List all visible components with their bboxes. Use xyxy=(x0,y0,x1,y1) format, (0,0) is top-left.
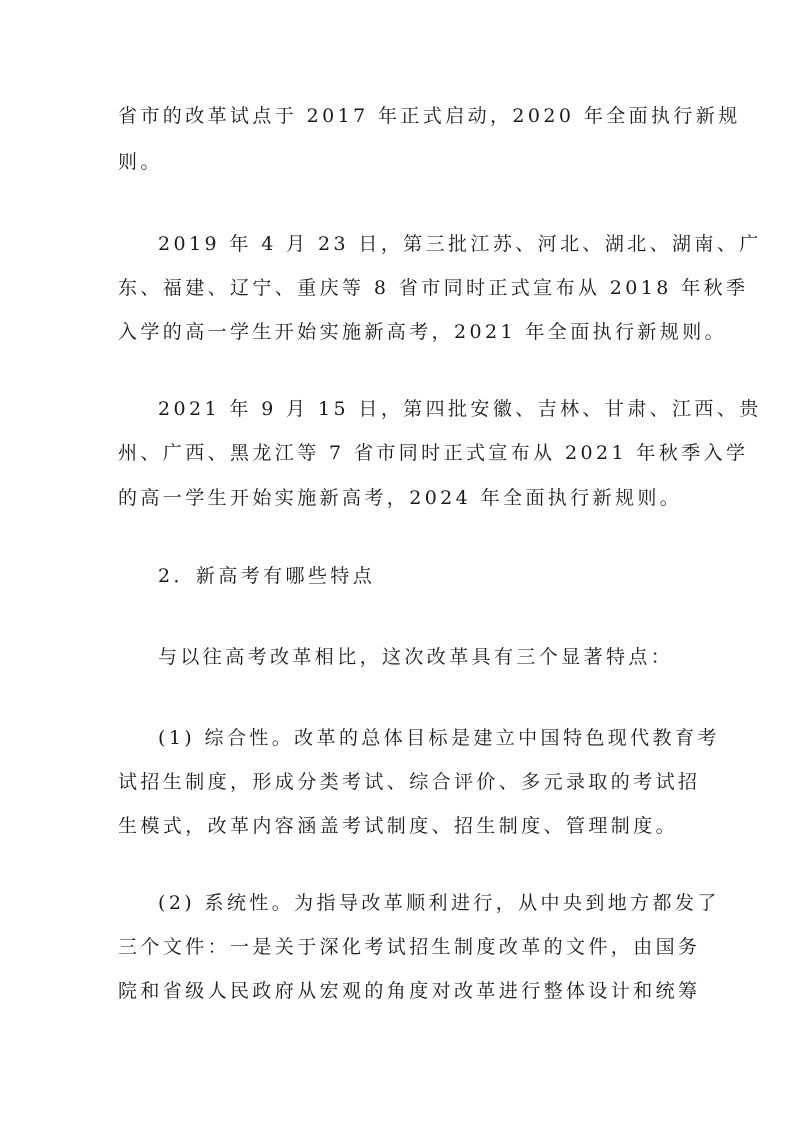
paragraph-5-line-2: 试招生制度，形成分类考试、综合评价、多元录取的考试招 xyxy=(118,770,678,794)
paragraph-4-line-1: 与以往高考改革相比，这次改革具有三个显著特点： xyxy=(158,645,678,669)
paragraph-2-line-2: 东、福建、辽宁、重庆等 8 省市同时正式宣布从 2018 年秋季 xyxy=(118,276,678,300)
document-page: 省市的改革试点于 2017 年正式启动，2020 年全面执行新规 则。 2019… xyxy=(0,0,793,1122)
paragraph-6-line-1: (2) 系统性。为指导改革顺利进行，从中央到地方都发了 xyxy=(158,891,678,915)
paragraph-3-line-3: 的高一学生开始实施新高考，2024 年全面执行新规则。 xyxy=(118,486,678,510)
paragraph-6-line-2: 三个文件：一是关于深化考试招生制度改革的文件，由国务 xyxy=(118,935,678,959)
paragraph-6-line-3: 院和省级人民政府从宏观的角度对改革进行整体设计和统筹 xyxy=(118,979,678,1003)
paragraph-5-line-3: 生模式，改革内容涵盖考试制度、招生制度、管理制度。 xyxy=(118,814,678,838)
paragraph-3-line-1: 2021 年 9 月 15 日，第四批安徽、吉林、甘肃、江西、贵 xyxy=(158,397,678,421)
paragraph-1-line-2: 则。 xyxy=(118,150,678,174)
paragraph-2-line-1: 2019 年 4 月 23 日，第三批江苏、河北、湖北、湖南、广 xyxy=(158,232,678,256)
paragraph-2-line-3: 入学的高一学生开始实施新高考，2021 年全面执行新规则。 xyxy=(118,320,678,344)
paragraph-1-line-1: 省市的改革试点于 2017 年正式启动，2020 年全面执行新规 xyxy=(118,104,678,128)
paragraph-3-line-2: 州、广西、黑龙江等 7 省市同时正式宣布从 2021 年秋季入学 xyxy=(118,441,678,465)
paragraph-5-line-1: (1) 综合性。改革的总体目标是建立中国特色现代教育考 xyxy=(158,726,678,750)
section-heading: 2．新高考有哪些特点 xyxy=(158,564,678,588)
